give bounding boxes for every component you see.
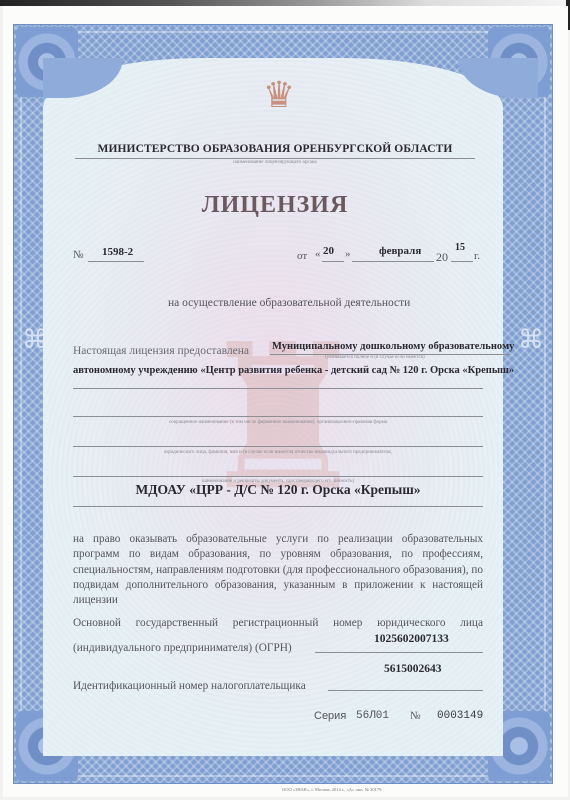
issuer-caption: наименование лицензирующего органа <box>200 160 350 165</box>
date-year-unit: г. <box>474 250 480 262</box>
license-document: ⌘ ⌘ ♛ ♜ <box>3 6 568 797</box>
serial-number-label: № <box>410 710 421 722</box>
license-rights-text: на право оказывать образовательные услуг… <box>73 532 483 608</box>
blank-line-1 <box>73 416 483 417</box>
license-number: 1598-2 <box>102 246 133 258</box>
ogrn-underline <box>315 652 483 653</box>
date-close-quote: » <box>345 248 351 260</box>
celtic-knot-icon: ⌘ <box>516 310 546 370</box>
inn-value: 5615002643 <box>384 663 442 675</box>
licensee-name-line2: автономному учреждению «Центр развития р… <box>73 365 514 376</box>
eagle-emblem-icon: ♛ <box>259 69 299 121</box>
blank-line-2 <box>73 446 483 447</box>
date-month: февраля <box>379 245 421 257</box>
short-name-underline <box>73 506 483 507</box>
number-label: № <box>73 249 84 261</box>
series-label: Серия <box>314 710 346 722</box>
date-year-prefix: 20 <box>436 250 448 265</box>
licensee-caption: (указывается полное и (в случае если име… <box>310 355 440 360</box>
serial-number: 0003149 <box>437 710 483 722</box>
issuer-underline <box>75 158 475 159</box>
document-title: ЛИЦЕНЗИЯ <box>150 192 400 219</box>
legal-entity-caption: юридического лица, фамилия, имя и (в слу… <box>73 450 483 455</box>
licensee-name-line1: Муниципальному дошкольному образовательн… <box>272 341 514 352</box>
issuer-name: МИНИСТЕРСТВО ОБРАЗОВАНИЯ ОРЕНБУРГСКОЙ ОБ… <box>75 143 475 155</box>
ogrn-label-line1: Основной государственный регистрационный… <box>73 617 483 629</box>
series-value: 56Л01 <box>356 710 389 722</box>
date-year-underline <box>451 261 473 262</box>
inn-underline <box>328 690 483 691</box>
licensee-short-name: МДОАУ «ЦРР - Д/С № 120 г. Орска «Крепыш» <box>73 482 483 498</box>
ogrn-value: 1025602007133 <box>374 633 449 645</box>
date-year-suffix: 15 <box>455 242 465 253</box>
printer-note: ООО «ЗНАК», г. Москва, 2014 г., «А» лип.… <box>282 787 381 792</box>
blank-line-3 <box>73 476 483 477</box>
ogrn-label-line2: (индивидуального предпринимателя) (ОГРН) <box>73 642 292 654</box>
granted-label: Настоящая лицензия предоставлена <box>73 345 249 357</box>
number-underline <box>88 261 144 262</box>
date-day: 20 <box>323 245 334 257</box>
date-month-underline <box>352 261 434 262</box>
date-prefix: от <box>297 250 307 262</box>
short-name-caption: сокращенное наименование (в том числе фи… <box>73 420 483 425</box>
license-purpose: на осуществление образовательной деятель… <box>168 297 410 309</box>
licensee-line2-underline <box>73 388 483 389</box>
inn-label: Идентификационный номер налогоплательщик… <box>73 680 306 692</box>
date-day-underline <box>322 261 344 262</box>
date-open-quote: « <box>315 248 321 260</box>
